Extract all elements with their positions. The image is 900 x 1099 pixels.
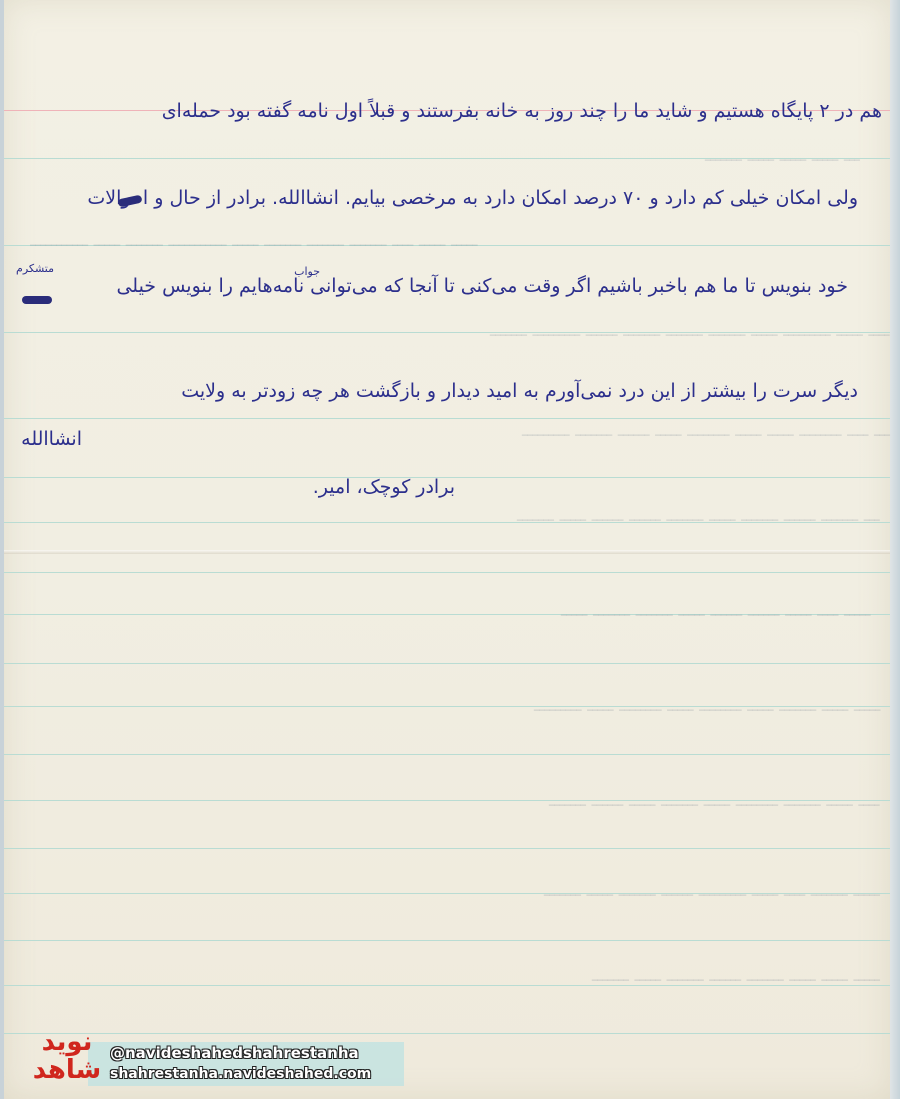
letter-line-2: ولی امکان خیلی کم دارد و ۷۰ درصد امکان د… <box>87 187 858 209</box>
watermark-handle: @navideshahedshahrestanha <box>110 1044 359 1062</box>
rule-line <box>4 572 890 573</box>
rule-line <box>4 418 890 419</box>
navideshahed-logo: نوید شاهد <box>28 1028 106 1090</box>
signature: برادر کوچک، امیر. <box>313 476 455 498</box>
watermark: نوید شاهد @navideshahedshahrestanha shah… <box>28 1028 404 1090</box>
bleed-through-text: ـــــــ ـــــ ـــــــ ــــــ ـــــــــ ـ… <box>544 880 880 901</box>
bleed-through-text: ـــــــــ ـــــــ ــــــ ـــــ ــــــــ … <box>522 420 890 441</box>
letter-line-4: دیگر سرت را بیشتر از این درد نمی‌آورم به… <box>181 380 858 402</box>
bleed-through-text: ـــــــ ـــــ ــــــ ــــــ ـــــــ ــــ… <box>517 505 880 526</box>
interlinear-note: جواب <box>294 265 320 278</box>
letter-line-1: هم در ۲ پایگاه هستیم و شاید ما را چند رو… <box>162 100 882 122</box>
rule-line <box>4 663 890 664</box>
bleed-through-text: ـــــــــــ ـــــ ـــــــ ـــــــــــ ــ… <box>30 230 890 251</box>
bleed-through-text: ـــــــ ــــــ ـــــ ـــــــ ـــــ ـــــ… <box>549 790 880 811</box>
letter-line-5: انشاالله <box>21 428 82 450</box>
bleed-through-text: ـــــــــ ـــــ ــــــــ ـــــ ــــــــ … <box>534 695 880 716</box>
bleed-through-text: ـــــــ ـــــــــ ــــــ ـــــــ ـــــــ… <box>490 320 890 341</box>
bleed-through-text: ـــــ ـــــــ ـــــــ ـــــ ــــــ ـــــ… <box>561 600 870 621</box>
rule-line <box>4 848 890 849</box>
paper-fold <box>4 550 890 554</box>
rule-line <box>4 940 890 941</box>
bleed-through-text: ـــــــ ـــــ ـــــ ـــــ ـــ <box>705 145 860 166</box>
scan-edge <box>890 0 900 1099</box>
letter-line-3: خود بنویس تا ما هم باخبر باشیم اگر وقت م… <box>116 275 848 297</box>
interlinear-note: متشکرم <box>16 262 54 275</box>
bleed-through-text: ـــــــ ـــــ ـــــــ ــــــ ـــــــ ـــ… <box>592 965 880 986</box>
rule-line <box>4 754 890 755</box>
ink-strikeout <box>22 296 52 304</box>
watermark-website: shahrestanha.navideshahed.com <box>110 1066 371 1082</box>
